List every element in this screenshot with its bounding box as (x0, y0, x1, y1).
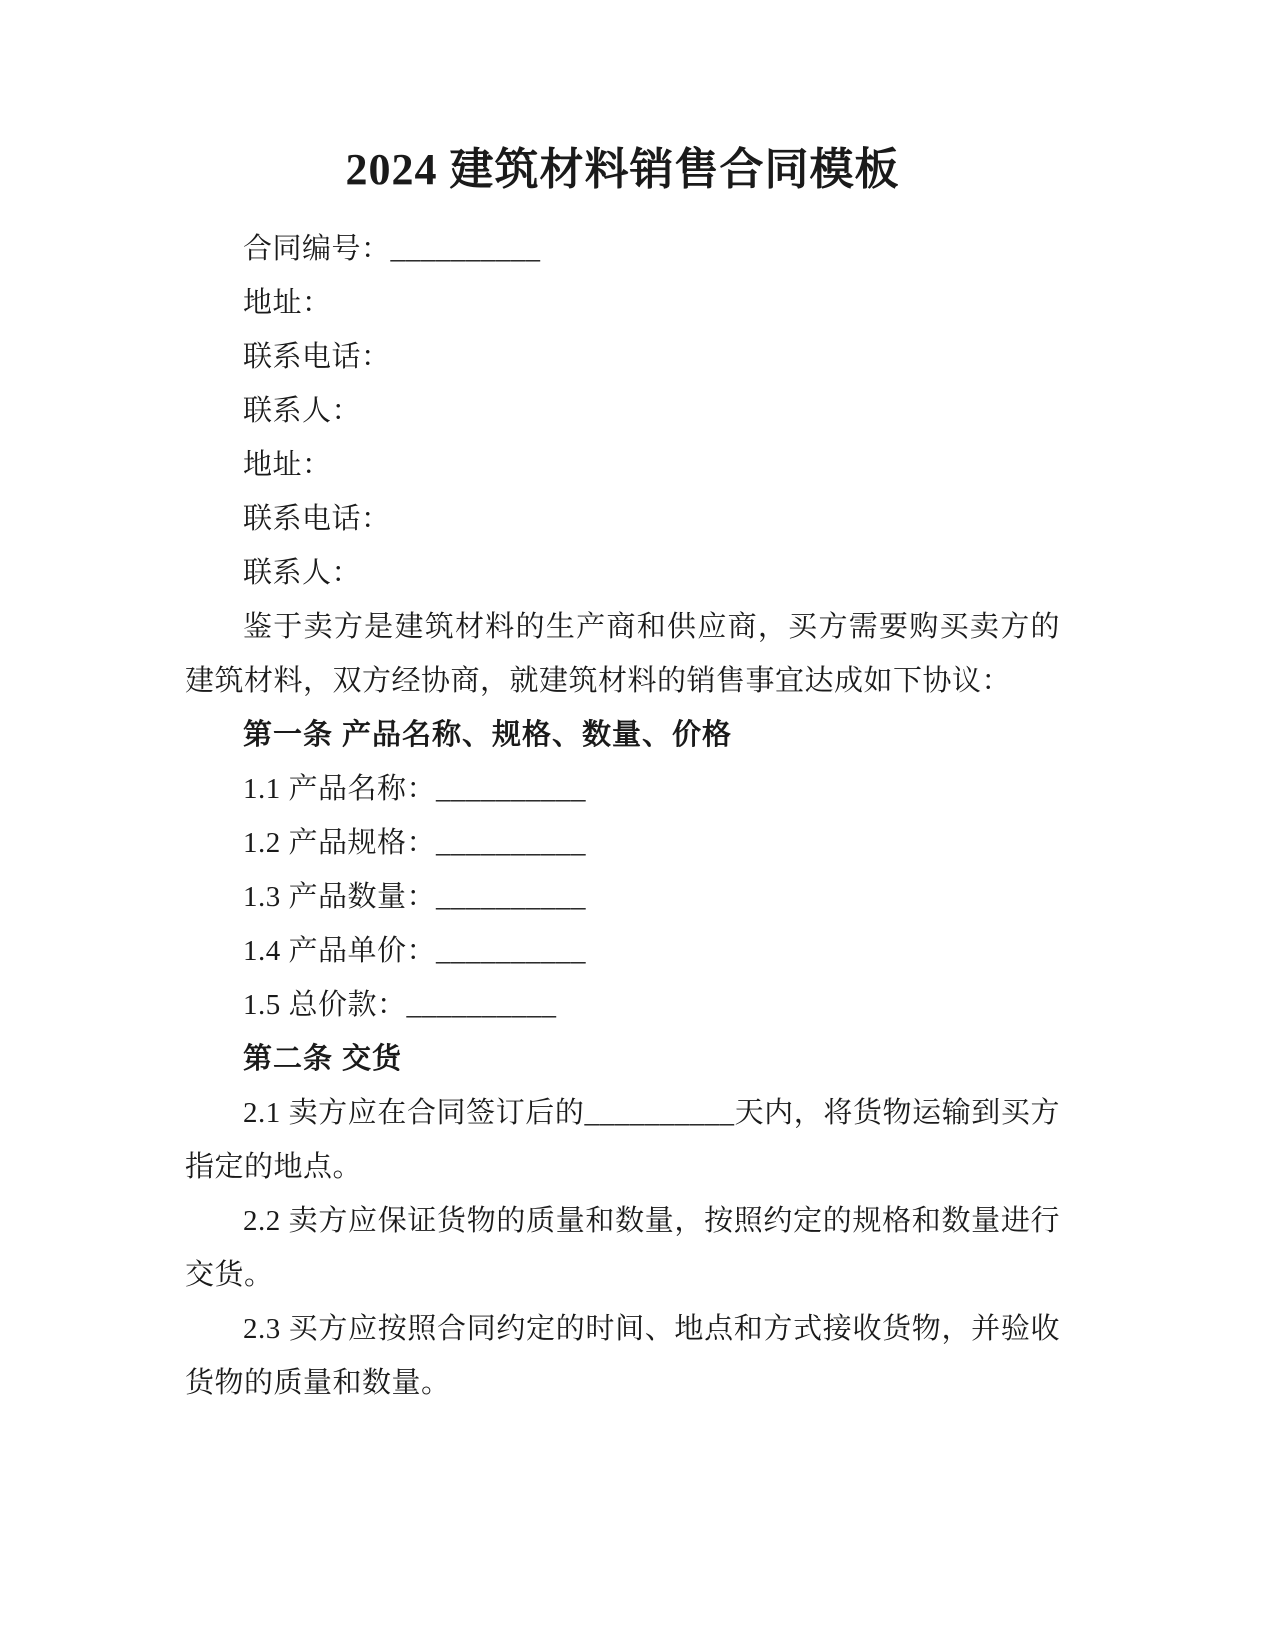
document-body: 合同编号：__________地址：联系电话：联系人：地址：联系电话：联系人：鉴… (185, 222, 1060, 1410)
paragraph-field: 联系人： (185, 384, 1060, 438)
document-title: 2024 建筑材料销售合同模板 (185, 140, 1060, 200)
contract-page: 2024 建筑材料销售合同模板 合同编号：__________地址：联系电话：联… (0, 0, 1275, 1650)
paragraph-field: 合同编号：__________ (185, 222, 1060, 276)
paragraph-clause: 1.5 总价款：__________ (185, 978, 1060, 1032)
paragraph-field: 联系电话： (185, 330, 1060, 384)
paragraph-clause: 2.2 卖方应保证货物的质量和数量，按照约定的规格和数量进行交货。 (185, 1194, 1060, 1302)
paragraph-body: 鉴于卖方是建筑材料的生产商和供应商，买方需要购买卖方的建筑材料，双方经协商，就建… (185, 600, 1060, 708)
paragraph-heading: 第二条 交货 (185, 1032, 1060, 1086)
paragraph-clause: 1.1 产品名称：__________ (185, 762, 1060, 816)
paragraph-field: 联系电话： (185, 492, 1060, 546)
paragraph-clause: 2.1 卖方应在合同签订后的__________天内，将货物运输到买方指定的地点… (185, 1086, 1060, 1194)
paragraph-clause: 1.4 产品单价：__________ (185, 924, 1060, 978)
paragraph-field: 地址： (185, 438, 1060, 492)
paragraph-field: 联系人： (185, 546, 1060, 600)
paragraph-heading: 第一条 产品名称、规格、数量、价格 (185, 708, 1060, 762)
paragraph-clause: 2.3 买方应按照合同约定的时间、地点和方式接收货物，并验收货物的质量和数量。 (185, 1302, 1060, 1410)
paragraph-clause: 1.3 产品数量：__________ (185, 870, 1060, 924)
paragraph-field: 地址： (185, 276, 1060, 330)
paragraph-clause: 1.2 产品规格：__________ (185, 816, 1060, 870)
